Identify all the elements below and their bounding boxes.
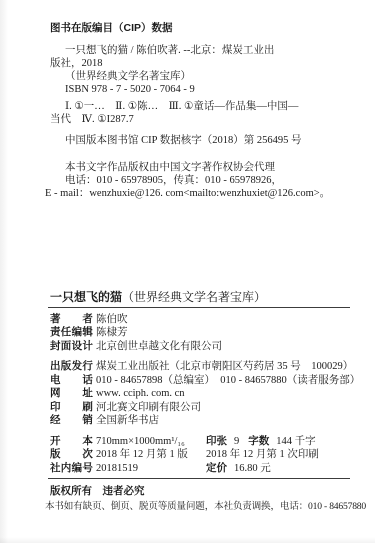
cip-title-line-continued: 版社，2018 <box>50 57 347 70</box>
edition-value: 2018 年 12 月第 1 版 <box>96 449 206 461</box>
cip-title-line: 一只想飞的猫 / 陈伯吹著. --北京：煤炭工业出 <box>50 44 347 57</box>
row-label: 著 者 <box>50 313 95 325</box>
info-row-website: 网 址www. cciph. com. cn <box>50 387 347 400</box>
row-label: 版 次 <box>50 448 95 460</box>
sheets-label: 印张 <box>206 435 227 447</box>
row-label: 开 本 <box>50 435 95 447</box>
info-row-format: 开 本710mm×1000mm¹/₁₆印张9字数144 千字 <box>50 435 347 448</box>
row-label: 经 销 <box>50 414 95 426</box>
agency-email-line: E - mail：wenzhuxie@126. com<mailto:wenzh… <box>45 187 347 200</box>
divider-bottom <box>48 478 350 479</box>
row-value: 全国新华书店 <box>96 415 159 426</box>
row-label: 社内编号 <box>50 462 95 474</box>
info-row-internal-number: 社内编号20181519定价16.80 元 <box>50 462 347 475</box>
info-row-cover-design: 封面设计北京创世卓越文化有限公司 <box>50 340 347 353</box>
copyright-agency-section: 本书文字作品版权由中国文字著作权协会代理 电话：010 - 65978905，传… <box>50 161 347 200</box>
publishing-section: 出版发行煤炭工业出版社（北京市朝阳区芍药居 35 号 100029） 电 话01… <box>50 360 347 427</box>
book-title: 一只想飞的猫 <box>50 290 122 304</box>
row-label: 出版发行 <box>50 360 95 372</box>
info-row-edition: 版 次2018 年 12 月第 1 版2018 年 12 月第 1 次印刷 <box>50 448 347 461</box>
info-row-editor: 责任编辑陈棣芳 <box>50 326 347 339</box>
row-value: 北京创世卓越文化有限公司 <box>96 341 222 352</box>
row-label: 电 话 <box>50 374 95 386</box>
footer-section: 版权所有 违者必究 本书如有缺页、倒页、脱页等质量问题，本社负责调换，电话：01… <box>50 485 347 512</box>
info-row-printer: 印 刷河北赛文印刷有限公司 <box>50 401 347 414</box>
row-value: www. cciph. com. cn <box>96 388 185 399</box>
row-value: 710mm×1000mm¹/₁₆ <box>96 436 206 448</box>
cip-isbn-line: ISBN 978 - 7 - 5020 - 7064 - 9 <box>50 83 347 96</box>
info-row-distributor: 经 销全国新华书店 <box>50 414 347 427</box>
quality-replacement-line: 本书如有缺页、倒页、脱页等质量问题，本社负责调换，电话：010 - 846578… <box>45 501 347 512</box>
cip-section: 图书在版编目（CIP）数据 一只想飞的猫 / 陈伯吹著. --北京：煤炭工业出 … <box>50 22 347 147</box>
title-section: 一只想飞的猫（世界经典文学名著宝库） <box>50 290 347 308</box>
book-series: （世界经典文学名著宝库） <box>122 290 266 304</box>
book-copyright-page: 图书在版编目（CIP）数据 一只想飞的猫 / 陈伯吹著. --北京：煤炭工业出 … <box>0 0 375 543</box>
row-label: 网 址 <box>50 387 95 399</box>
row-value: 陈棣芳 <box>96 327 128 338</box>
row-value: 010 - 84657898（总编室） 010 - 84657880（读者服务部… <box>96 375 360 386</box>
agency-phone-line: 电话：010 - 65978905，传真：010 - 65978926， <box>50 174 347 187</box>
staff-section: 著 者陈伯吹 责任编辑陈棣芳 封面设计北京创世卓越文化有限公司 <box>50 313 347 353</box>
cip-classification-line: Ⅰ. ①一… Ⅱ. ①陈… Ⅲ. ①童话—作品集—中国— <box>50 100 347 113</box>
divider-top <box>48 307 350 308</box>
row-label: 印 刷 <box>50 401 95 413</box>
price-label: 定价 <box>206 462 227 474</box>
book-title-row: 一只想飞的猫（世界经典文学名著宝库） <box>50 290 347 304</box>
cip-header: 图书在版编目（CIP）数据 <box>50 22 347 35</box>
row-value: 煤炭工业出版社（北京市朝阳区芍药居 35 号 100029） <box>96 361 353 372</box>
spec-section: 开 本710mm×1000mm¹/₁₆印张9字数144 千字 版 次2018 年… <box>50 435 347 475</box>
row-value: 河北赛文印刷有限公司 <box>96 402 201 413</box>
info-row-publisher: 出版发行煤炭工业出版社（北京市朝阳区芍药居 35 号 100029） <box>50 360 347 373</box>
copyright-notice: 版权所有 违者必究 <box>50 485 347 498</box>
sheets-value: 9 <box>234 436 239 447</box>
cip-series-line: （世界经典文学名著宝库） <box>50 70 347 83</box>
internal-number-value: 20181519 <box>96 463 206 475</box>
cip-record-number-line: 中国版本图书馆 CIP 数据核字（2018）第 256495 号 <box>50 134 347 147</box>
row-label: 封面设计 <box>50 340 95 352</box>
printing-value: 2018 年 12 月第 1 次印刷 <box>206 449 319 460</box>
info-row-phone: 电 话010 - 84657898（总编室） 010 - 84657880（读者… <box>50 374 347 387</box>
price-value: 16.80 元 <box>234 463 271 474</box>
info-row-author: 著 者陈伯吹 <box>50 313 347 326</box>
cip-classification-line-continued: 当代 Ⅳ. ①I287.7 <box>50 113 347 126</box>
wordcount-label: 字数 <box>248 435 269 447</box>
row-label: 责任编辑 <box>50 326 95 338</box>
wordcount-value: 144 千字 <box>276 436 315 447</box>
row-value: 陈伯吹 <box>96 314 128 325</box>
agency-line: 本书文字作品版权由中国文字著作权协会代理 <box>50 161 347 174</box>
